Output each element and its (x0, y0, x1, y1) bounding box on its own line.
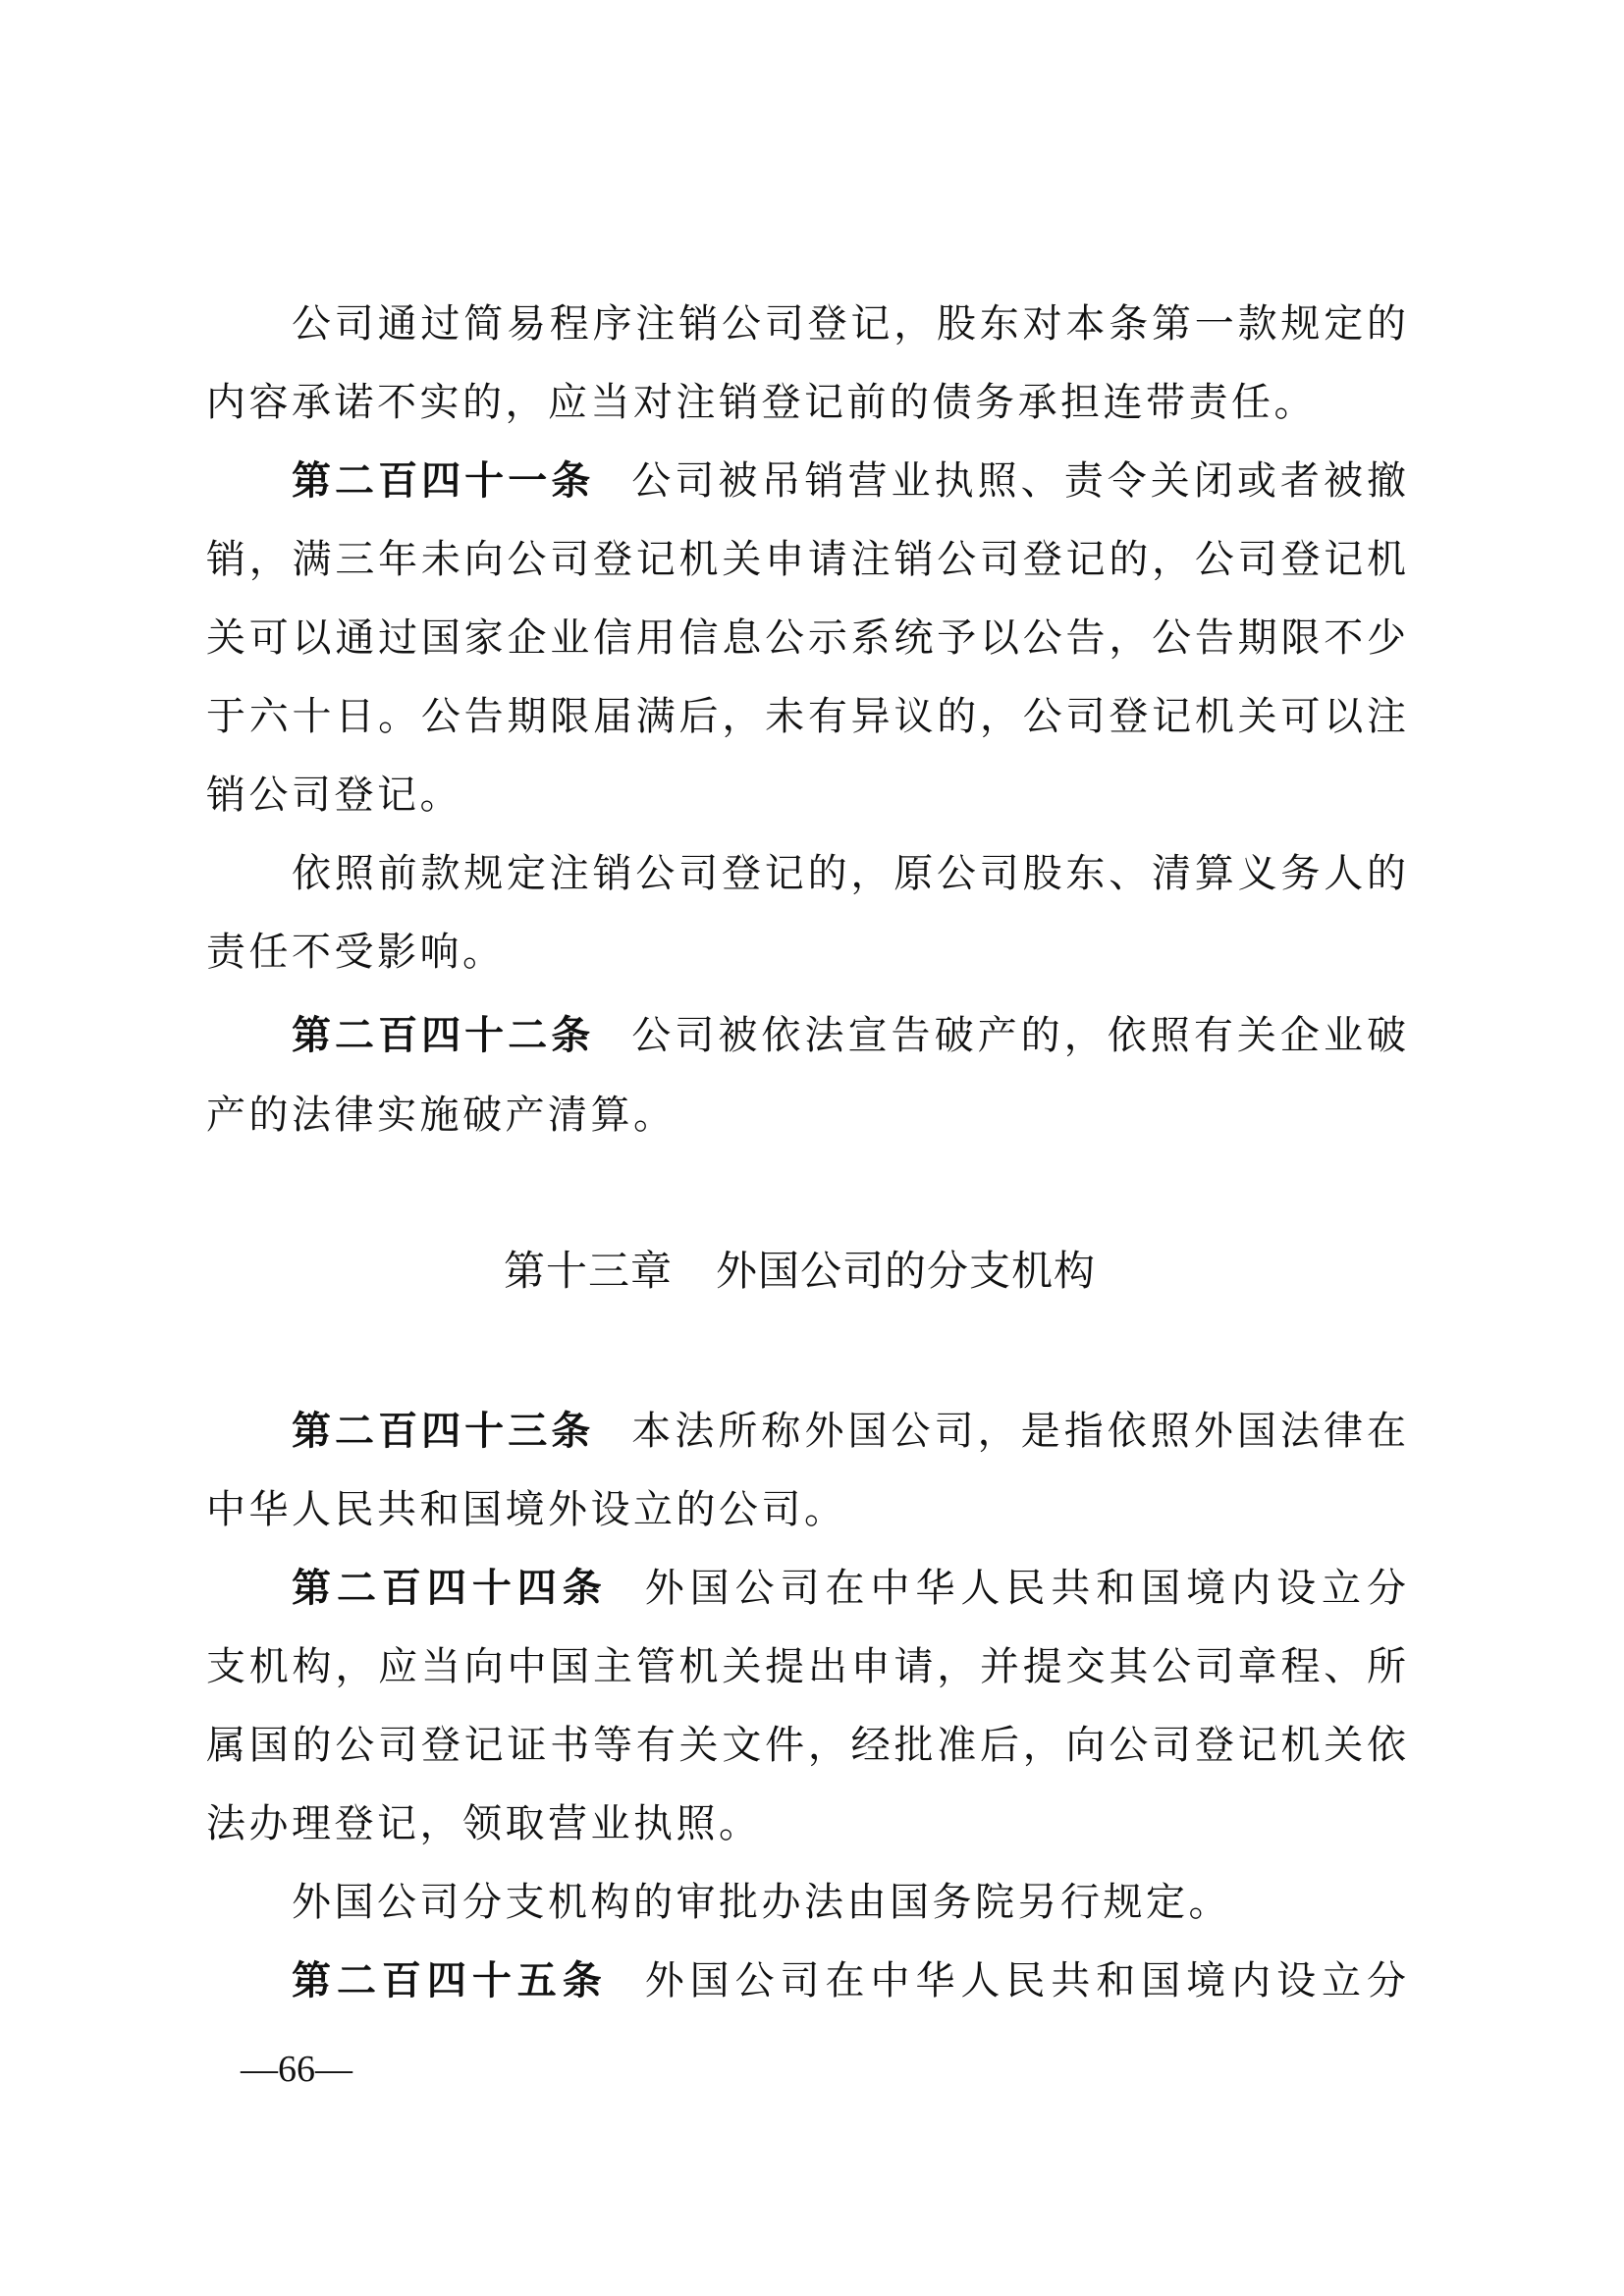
article-242-first-line: 第二百四十二条公司被依法宣告破产的，依照有关企业破 (292, 1014, 1406, 1057)
paragraph-line: 属国的公司登记证书等有关文件，经批准后，向公司登记机关依 (206, 1724, 1406, 1767)
article-heading: 第二百四十一条 (292, 458, 594, 504)
paragraph-line: 内容承诺不实的，应当对注销登记前的债务承担连带责任。 (206, 381, 1406, 424)
article-245-first-line: 第二百四十五条外国公司在中华人民共和国境内设立分 (292, 1959, 1406, 2002)
article-text: 外国公司在中华人民共和国境内设立分 (645, 1566, 1406, 1611)
article-text: 外国公司在中华人民共和国境内设立分 (645, 1958, 1406, 2003)
paragraph-line: 关可以通过国家企业信用信息公示系统予以公告，公告期限不少 (206, 616, 1406, 660)
article-heading: 第二百四十三条 (292, 1409, 594, 1454)
paragraph-line: 中华人民共和国境外设立的公司。 (206, 1488, 1406, 1531)
article-heading: 第二百四十四条 (292, 1566, 608, 1611)
paragraph-line: 支机构，应当向中国主管机关提出申请，并提交其公司章程、所 (206, 1645, 1406, 1688)
paragraph-line: 于六十日。公告期限届满后，未有异议的，公司登记机关可以注 (206, 695, 1406, 738)
article-text: 公司被依法宣告破产的，依照有关企业破 (631, 1013, 1406, 1058)
article-text: 本法所称外国公司，是指依照外国法律在 (631, 1409, 1406, 1454)
article-241-first-line: 第二百四十一条公司被吊销营业执照、责令关闭或者被撤 (292, 459, 1406, 503)
chapter-heading: 第十三章外国公司的分支机构 (504, 1247, 1096, 1296)
paragraph-line: 外国公司分支机构的审批办法由国务院另行规定。 (292, 1881, 1406, 1924)
document-page: 公司通过简易程序注销公司登记，股东对本条第一款规定的 内容承诺不实的，应当对注销… (0, 0, 1624, 2296)
article-text: 公司被吊销营业执照、责令关闭或者被撤 (631, 458, 1406, 504)
article-244-first-line: 第二百四十四条外国公司在中华人民共和国境内设立分 (292, 1567, 1406, 1610)
article-heading: 第二百四十二条 (292, 1013, 594, 1058)
chapter-title: 外国公司的分支机构 (716, 1247, 1096, 1295)
article-243-first-line: 第二百四十三条本法所称外国公司，是指依照外国法律在 (292, 1410, 1406, 1453)
paragraph-line: 销公司登记。 (206, 774, 1406, 817)
paragraph-line: 责任不受影响。 (206, 931, 1406, 974)
paragraph-line: 产的法律实施破产清算。 (206, 1094, 1406, 1137)
paragraph-line: 法办理登记，领取营业执照。 (206, 1802, 1406, 1845)
paragraph-line: 依照前款规定注销公司登记的，原公司股东、清算义务人的 (292, 852, 1406, 895)
chapter-number: 第十三章 (504, 1247, 673, 1295)
page-number: —66— (241, 2048, 352, 2091)
article-heading: 第二百四十五条 (292, 1958, 608, 2003)
paragraph-line: 销，满三年未向公司登记机关申请注销公司登记的，公司登记机 (206, 538, 1406, 581)
paragraph-line: 公司通过简易程序注销公司登记，股东对本条第一款规定的 (292, 302, 1406, 346)
